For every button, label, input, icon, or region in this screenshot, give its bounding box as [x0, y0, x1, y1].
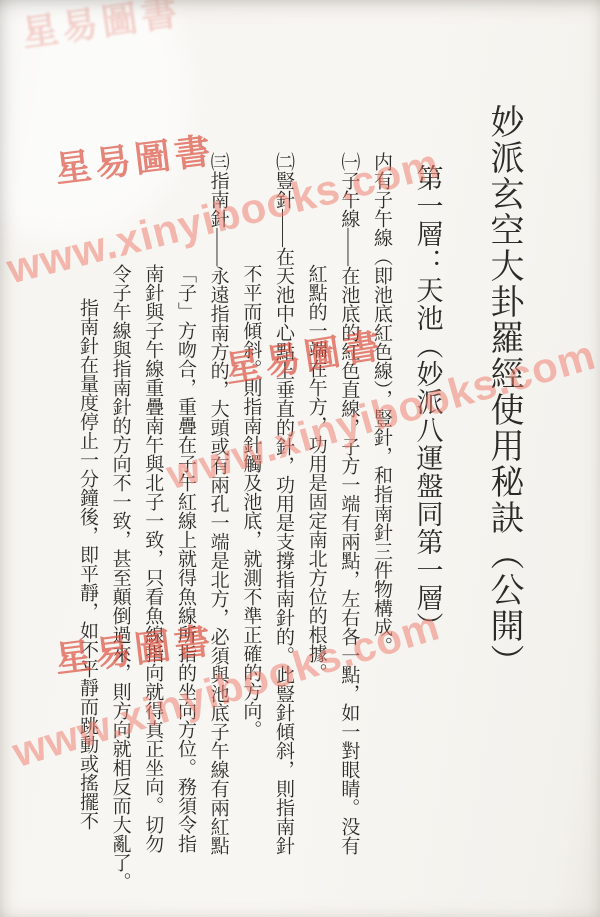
text-column: 不平而傾斜。則指南針觸及池底，就測不準正確的方向。	[234, 100, 267, 900]
text-column: ㈠子午線——在池底的紅色直線，子方一端有兩點，左右各一點，如一對眼睛。没有	[332, 100, 365, 900]
text-column: 紅點的一端在午方，功用是固定南北方位的根據。	[299, 100, 332, 900]
text-column: ㈢指南針——永遠指南方的，大頭或有兩孔一端是北方，必須與池底子午線有兩紅點	[201, 100, 234, 900]
text-column: 「子」方吻合，重疊在子午紅線上就得魚線所指的坐向方位。務須令指	[168, 100, 201, 900]
section-heading: 第一層：天池（妙派八運盤同第一層）	[407, 100, 448, 900]
scanned-book-page: 星易圖書 妙派玄空大卦羅經使用秘訣（公開） 第一層：天池（妙派八運盤同第一層） …	[0, 0, 600, 917]
text-column: 令子午線與指南針的方向不一致，甚至顛倒過來，則方向就相反而大亂了。	[103, 100, 136, 900]
text-column: ㈡豎針——在天池中心點上垂直的針，功用是支撐指南針的。此豎針傾斜，則指南針	[266, 100, 299, 900]
page-text: 妙派玄空大卦羅經使用秘訣（公開） 第一層：天池（妙派八運盤同第一層） 内有子午線…	[70, 100, 524, 900]
text-column: 南針與子午線重疊南午與北子一致，只看魚線指向就得真正坐向。切勿	[136, 100, 169, 900]
text-column: 指南針在量度停止一分鐘後，即平靜，如不平靜而跳動或搖擺不	[70, 100, 103, 900]
text-column: 内有子午線（即池底紅色線），豎針，和指南針三件物構成。	[364, 100, 397, 900]
book-title: 妙派玄空大卦羅經使用秘訣（公開）	[482, 100, 525, 900]
